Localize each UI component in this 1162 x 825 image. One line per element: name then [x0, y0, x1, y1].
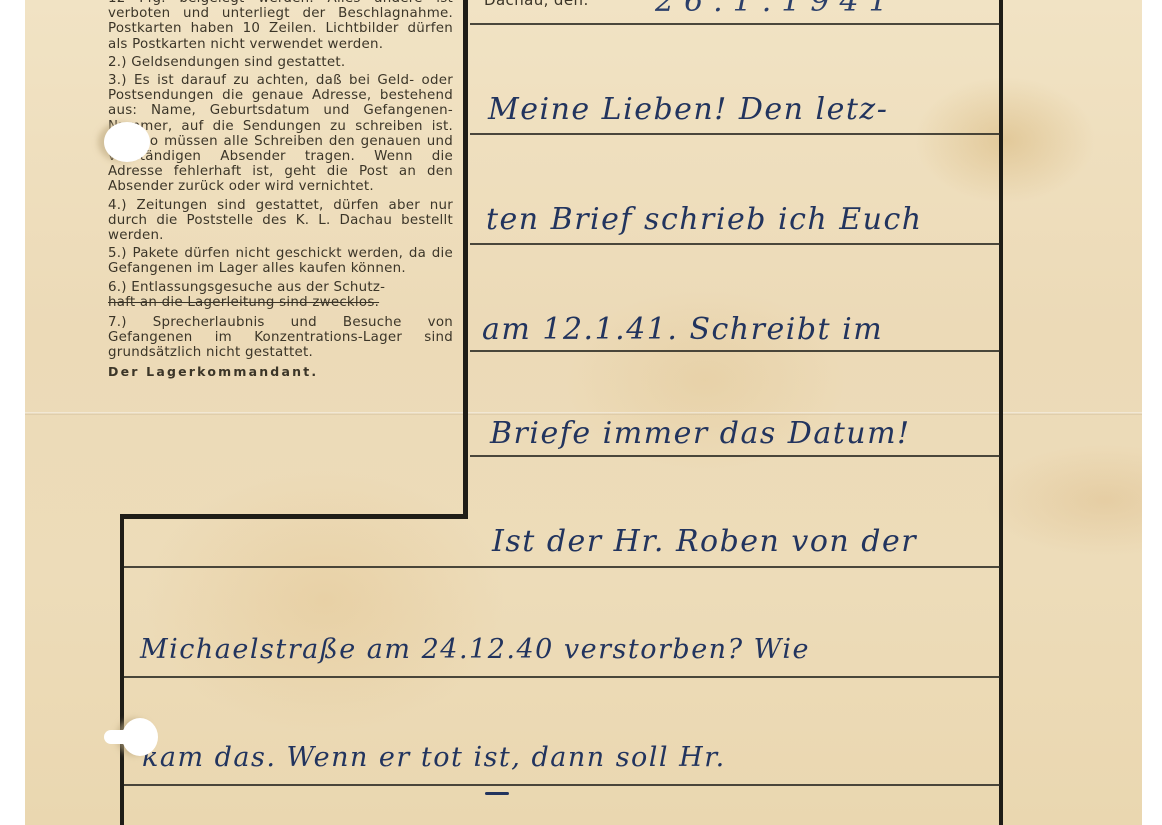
ruled-line	[124, 676, 1000, 678]
ruled-line	[470, 243, 1000, 245]
date-label: Dachau, den:	[484, 0, 589, 9]
letter-line-4: Briefe immer das Datum!	[490, 416, 911, 451]
rules-box-right-border	[463, 0, 468, 518]
commandant-signature: Der Lagerkommandant.	[108, 364, 453, 379]
camp-regulations: 12 Pfg. beigelegt werden. Alles andere i…	[108, 0, 453, 382]
date-handwritten: 26.1.1941	[655, 0, 898, 19]
ruled-line	[470, 133, 1000, 135]
ruled-line	[470, 455, 1000, 457]
rule-3: 3.) Es ist darauf zu achten, daß bei Gel…	[108, 73, 453, 195]
punch-hole-top	[104, 122, 150, 162]
rule-4: 4.) Zeitungen sind gestattet, dürfen abe…	[108, 198, 453, 244]
ruled-line	[470, 350, 1000, 352]
letter-line-7: kam das. Wenn er tot ist, dann soll Hr.	[142, 742, 726, 773]
right-border	[999, 0, 1003, 825]
ruled-line	[124, 784, 1000, 786]
rule-6-line-2: haft an die Lagerleitung sind zwecklos.	[108, 295, 379, 310]
lower-box-left-border	[120, 514, 124, 825]
ruled-line	[470, 23, 1000, 25]
punch-hole-bottom-tear	[104, 730, 134, 744]
rule-5: 5.) Pakete dürfen nicht geschickt werden…	[108, 246, 453, 276]
rule-1-tail: 12 Pfg. beigelegt werden. Alles andere i…	[108, 0, 453, 52]
letter-line-5: Ist der Hr. Roben von der	[492, 524, 917, 559]
underline-mark	[485, 792, 509, 795]
rules-box-bottom-border	[120, 514, 468, 519]
letter-line-3: am 12.1.41. Schreibt im	[482, 312, 883, 347]
rule-2: 2.) Geldsendungen sind gestattet.	[108, 55, 453, 70]
ruled-line	[124, 566, 1000, 568]
rule-7: 7.) Sprecherlaubnis und Besuche von Gefa…	[108, 315, 453, 361]
letter-line-6: Michaelstraße am 24.12.40 verstorben? Wi…	[140, 634, 810, 665]
rule-6: 6.) Entlassungsgesuche aus der Schutz- h…	[108, 280, 453, 310]
rule-6-line-1: 6.) Entlassungsgesuche aus der Schutz-	[108, 280, 385, 295]
letter-line-2: ten Brief schrieb ich Euch	[486, 202, 923, 237]
fold-crease	[25, 412, 1142, 415]
letter-line-1: Meine Lieben! Den letz-	[488, 92, 888, 127]
